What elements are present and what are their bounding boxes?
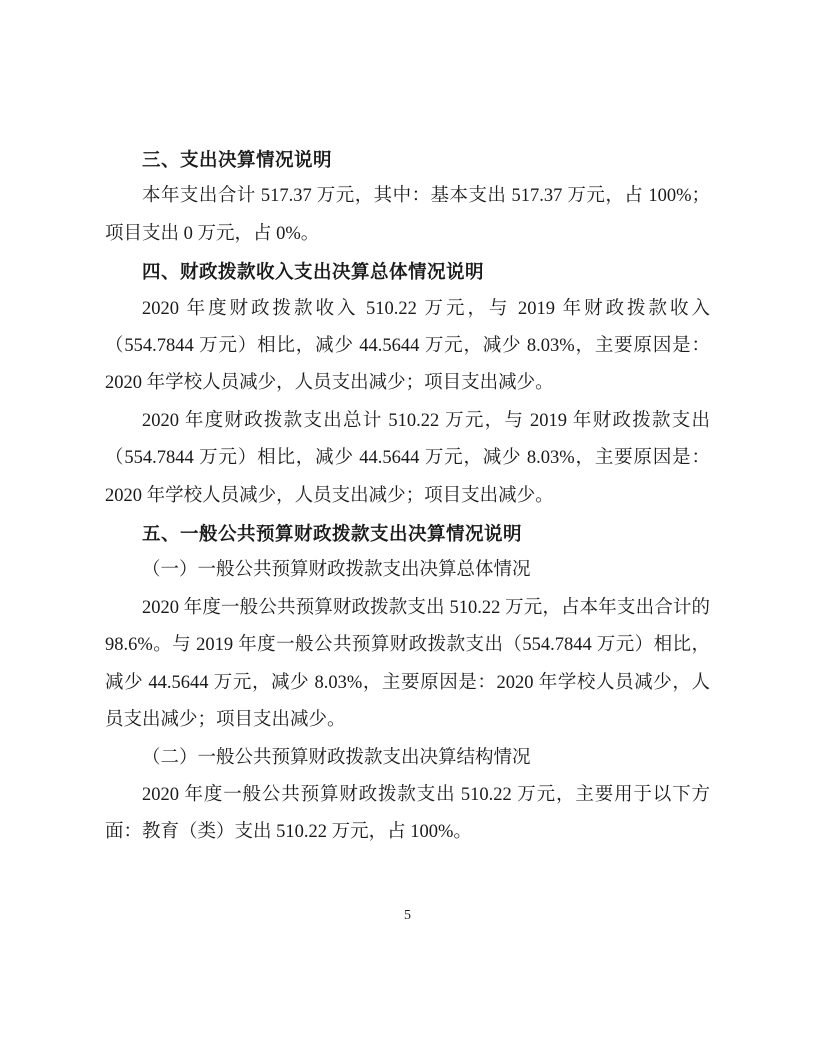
paragraph-fiscal-income: 2020 年度财政拨款收入 510.22 万元，与 2019 年财政拨款收入（5… [105, 291, 710, 403]
document-body: 三、支出决算情况说明 本年支出合计 517.37 万元，其中：基本支出 517.… [105, 141, 710, 852]
paragraph-general-budget-overall: 2020 年度一般公共预算财政拨款支出 510.22 万元，占本年支出合计的 9… [105, 590, 710, 740]
section-heading-general-budget: 五、一般公共预算财政拨款支出决算情况说明 [105, 515, 710, 552]
subheading-general-budget-structure: （二）一般公共预算财政拨款支出决算结构情况 [105, 740, 710, 777]
paragraph-expenditure-summary: 本年支出合计 517.37 万元，其中：基本支出 517.37 万元，占 100… [105, 178, 710, 253]
document-page: 三、支出决算情况说明 本年支出合计 517.37 万元，其中：基本支出 517.… [0, 0, 815, 1055]
subheading-general-budget-overall: （一）一般公共预算财政拨款支出决算总体情况 [105, 552, 710, 589]
paragraph-general-budget-structure: 2020 年度一般公共预算财政拨款支出 510.22 万元，主要用于以下方面：教… [105, 777, 710, 852]
section-heading-expenditure: 三、支出决算情况说明 [105, 141, 710, 178]
section-heading-fiscal-overall: 四、财政拨款收入支出决算总体情况说明 [105, 253, 710, 290]
paragraph-fiscal-expenditure: 2020 年度财政拨款支出总计 510.22 万元，与 2019 年财政拨款支出… [105, 403, 710, 515]
page-number: 5 [0, 908, 815, 924]
